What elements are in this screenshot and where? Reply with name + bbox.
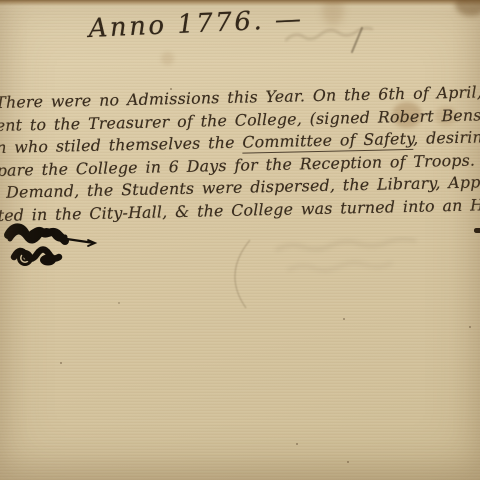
paper-speck [60,362,62,364]
crossed-out-ink-scribble [2,222,112,270]
manuscript-photo: Anno 1776. — There were no Admissions th… [0,0,480,480]
paper-speck [118,302,120,304]
manuscript-text-block: There were no Admissions this Year. On t… [0,80,480,227]
paper-stain [161,52,174,65]
paper-speck [469,326,471,328]
cut-off-ink-mark [474,228,480,233]
paper-speck [347,461,349,463]
ink-bleedthrough-faint-lines [268,236,443,284]
line-3-post: , desiring the Go [413,126,480,148]
paper-speck [296,443,298,445]
line-3-pre: n who stiled themselves the [0,133,243,157]
line-3-underlined-phrase: Committee of Safety [242,129,413,154]
paper-speck [343,318,345,320]
faint-pencil-curve [220,238,256,310]
